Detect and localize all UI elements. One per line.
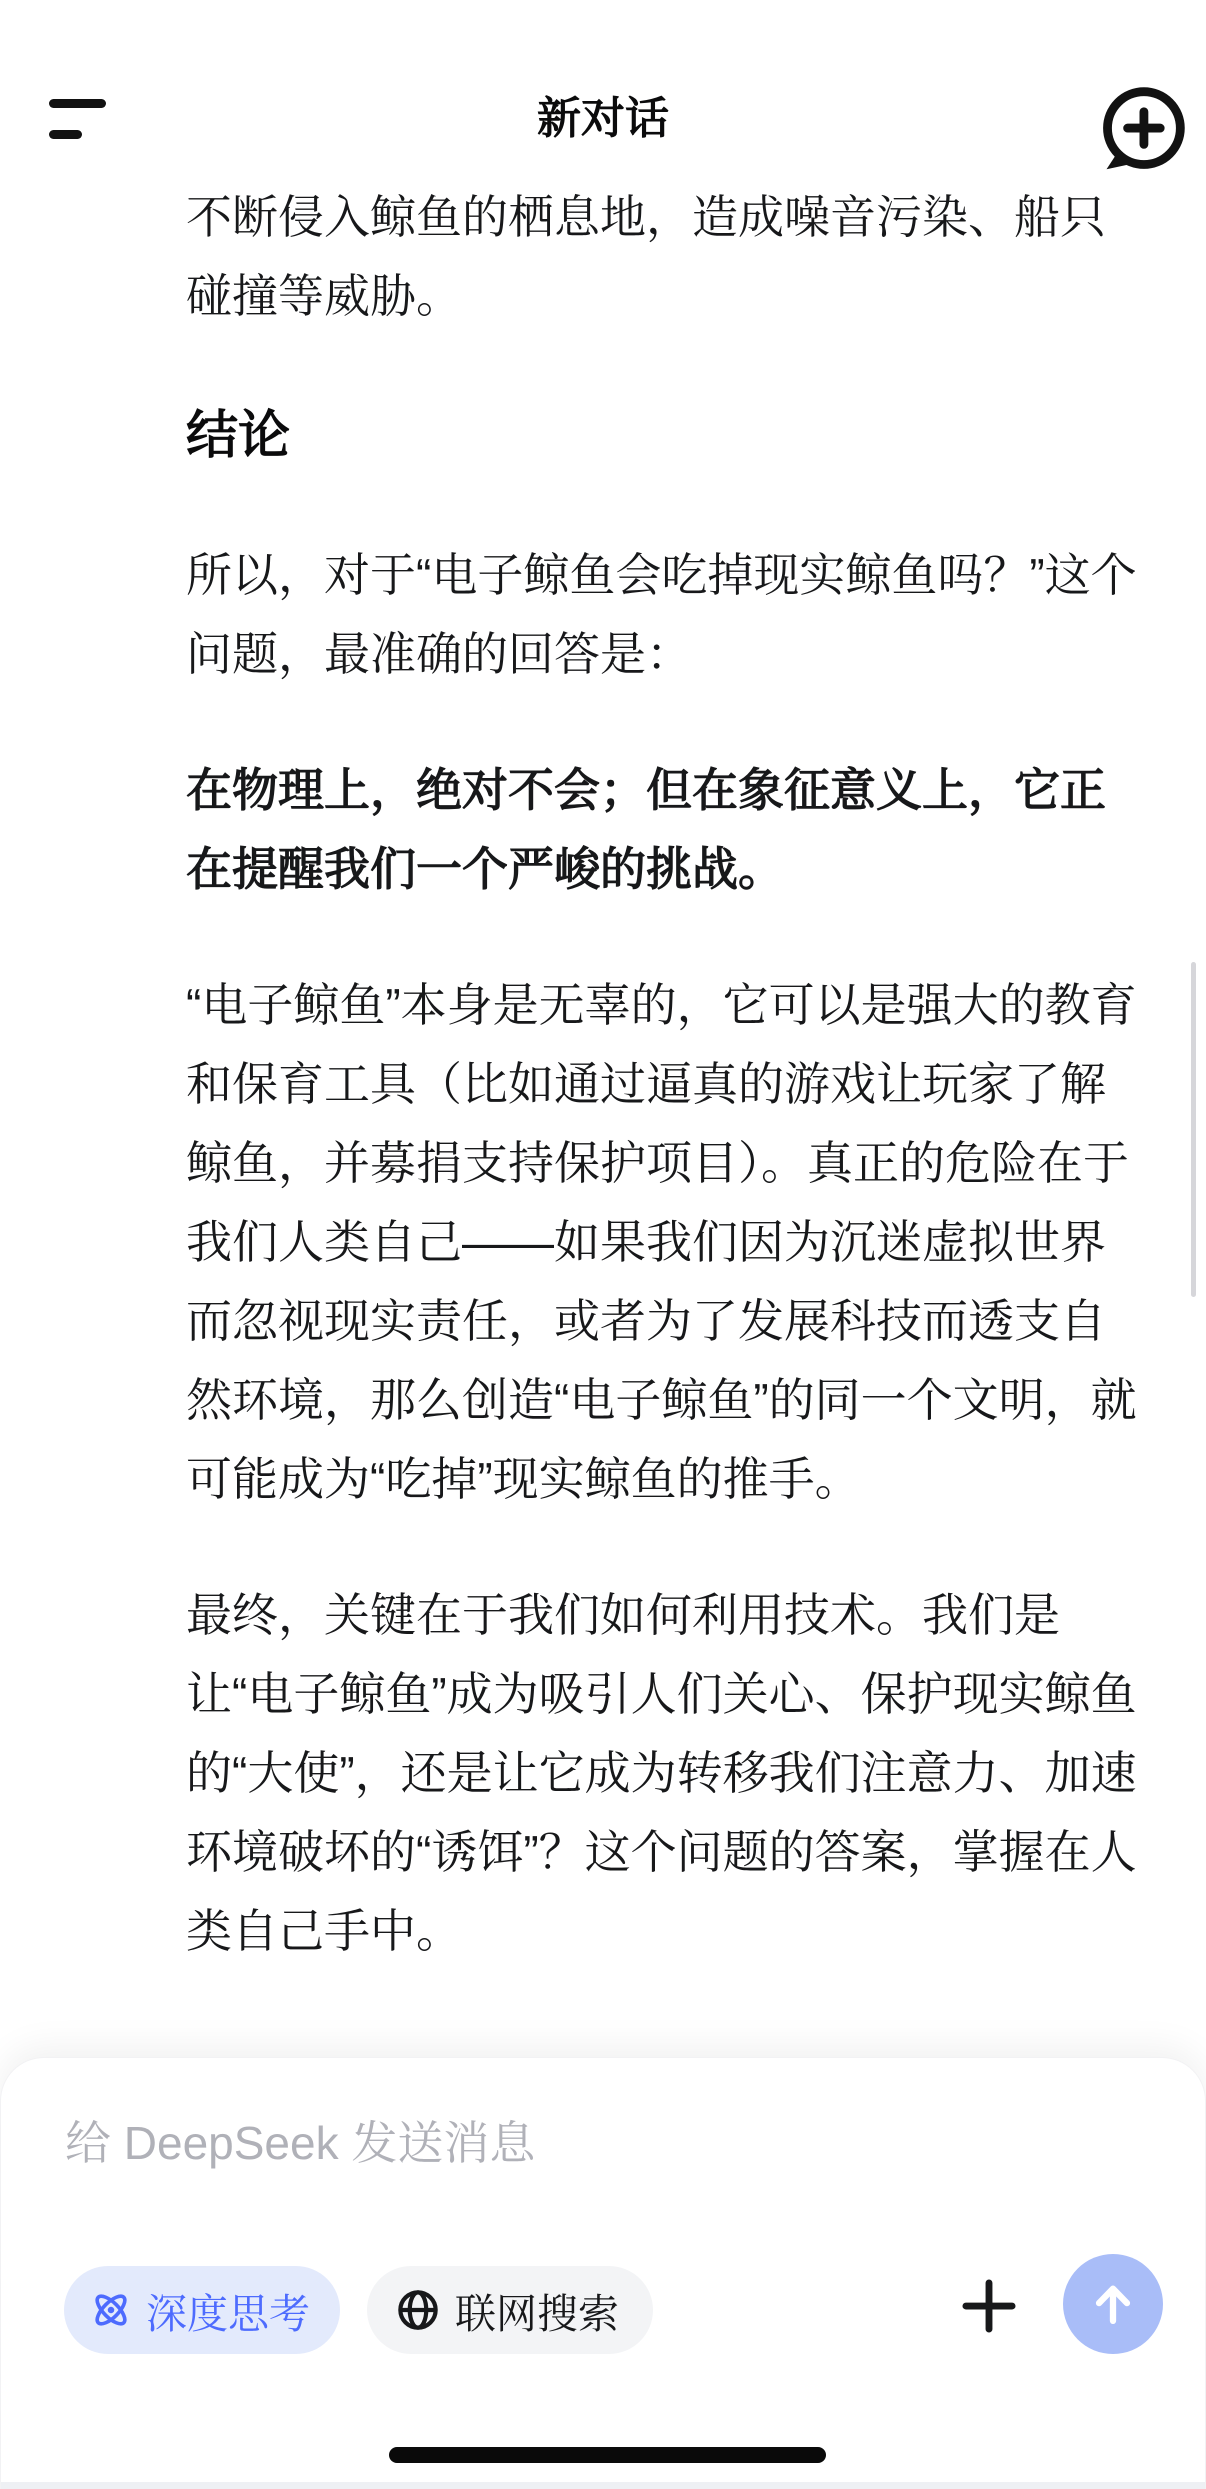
paragraph-innocent-tool: “电子鲸鱼”本身是无辜的，它可以是强大的教育和保育工具（比如通过逼真的游戏让玩家… xyxy=(186,966,1150,1519)
bottom-edge-strip xyxy=(1,2482,1205,2489)
scrollbar-thumb[interactable] xyxy=(1191,962,1196,1297)
paragraph-habitat-threats: 不断侵入鲸鱼的栖息地，造成噪音污染、船只碰撞等威胁。 xyxy=(186,178,1150,336)
home-indicator[interactable] xyxy=(389,2447,826,2463)
arrow-up-icon xyxy=(1086,2277,1140,2331)
top-bar: 新对话 xyxy=(0,0,1206,180)
paragraph-question-restate: 所以，对于“电子鲸鱼会吃掉现实鲸鱼吗？”这个问题，最准确的回答是： xyxy=(186,536,1150,694)
deepseek-chat-screen: 新对话 不断侵入鲸鱼的栖息地，造成噪音污染、船只碰撞等威胁。 结论 所以，对于“… xyxy=(0,0,1206,2489)
web-search-label: 联网搜索 xyxy=(455,2281,619,2340)
page-title: 新对话 xyxy=(0,95,1206,143)
atom-icon xyxy=(88,2287,134,2333)
conclusion-heading: 结论 xyxy=(186,393,1150,479)
assistant-message: 不断侵入鲸鱼的栖息地，造成噪音污染、船只碰撞等威胁。 结论 所以，对于“电子鲸鱼… xyxy=(186,178,1150,2028)
paragraph-final-choice: 最终，关键在于我们如何利用技术。我们是让“电子鲸鱼”成为吸引人们关心、保护现实鲸… xyxy=(186,1576,1150,1971)
deep-think-toggle[interactable]: 深度思考 xyxy=(64,2266,340,2354)
paragraph-key-answer: 在物理上，绝对不会；但在象征意义上，它正在提醒我们一个严峻的挑战。 xyxy=(186,751,1150,909)
new-chat-button[interactable] xyxy=(1092,80,1192,180)
chat-bubble-plus-icon xyxy=(1096,84,1188,176)
message-input[interactable]: 给 DeepSeek 发送消息 xyxy=(65,2116,1141,2170)
send-button[interactable] xyxy=(1063,2254,1163,2354)
attach-button[interactable] xyxy=(953,2270,1025,2342)
deep-think-label: 深度思考 xyxy=(146,2281,310,2340)
globe-icon xyxy=(395,2287,441,2333)
composer-card: 给 DeepSeek 发送消息 深度思考 联网搜索 xyxy=(0,2057,1206,2489)
plus-icon xyxy=(956,2273,1022,2339)
web-search-toggle[interactable]: 联网搜索 xyxy=(367,2266,653,2354)
